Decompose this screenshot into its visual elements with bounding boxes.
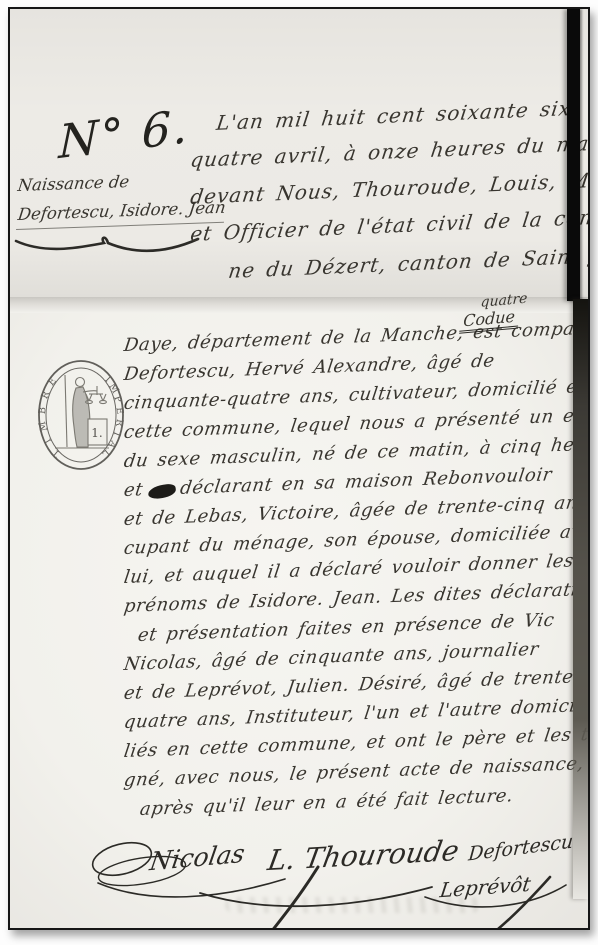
- svg-text:M: M: [106, 382, 121, 396]
- signature-block: Nicolas L. Thouroude Defortescu Leprévôt: [80, 827, 585, 930]
- svg-text:B: B: [37, 407, 49, 415]
- stamp-denomination: 1.: [91, 426, 102, 440]
- stamp-word-timbre: TIMBRE: [37, 376, 62, 460]
- binding-gutter-dark-band: [567, 9, 580, 301]
- timbre-imperial-stamp: 1. TIMBRE IMPERIAL: [35, 357, 127, 473]
- margin-note-line2: Defortescu, Isidore. Jean: [16, 193, 205, 230]
- correction-note: quatre Codue: [451, 292, 528, 335]
- margin-note: Naissance de Defortescu, Isidore. Jean: [16, 171, 201, 230]
- register-scan-page: N° 6. Naissance de Defortescu, Isidore. …: [0, 0, 598, 945]
- body-text-block: Daye, département de la Manche, est comp…: [122, 331, 584, 824]
- top-text-block: L'an mil huit cent soixante six, le quat…: [188, 105, 588, 290]
- svg-text:E: E: [46, 376, 59, 389]
- margin-flourish-swash: [12, 231, 202, 257]
- binding-gutter-lower-band: [573, 299, 588, 899]
- scan-frame: N° 6. Naissance de Defortescu, Isidore. …: [8, 7, 590, 930]
